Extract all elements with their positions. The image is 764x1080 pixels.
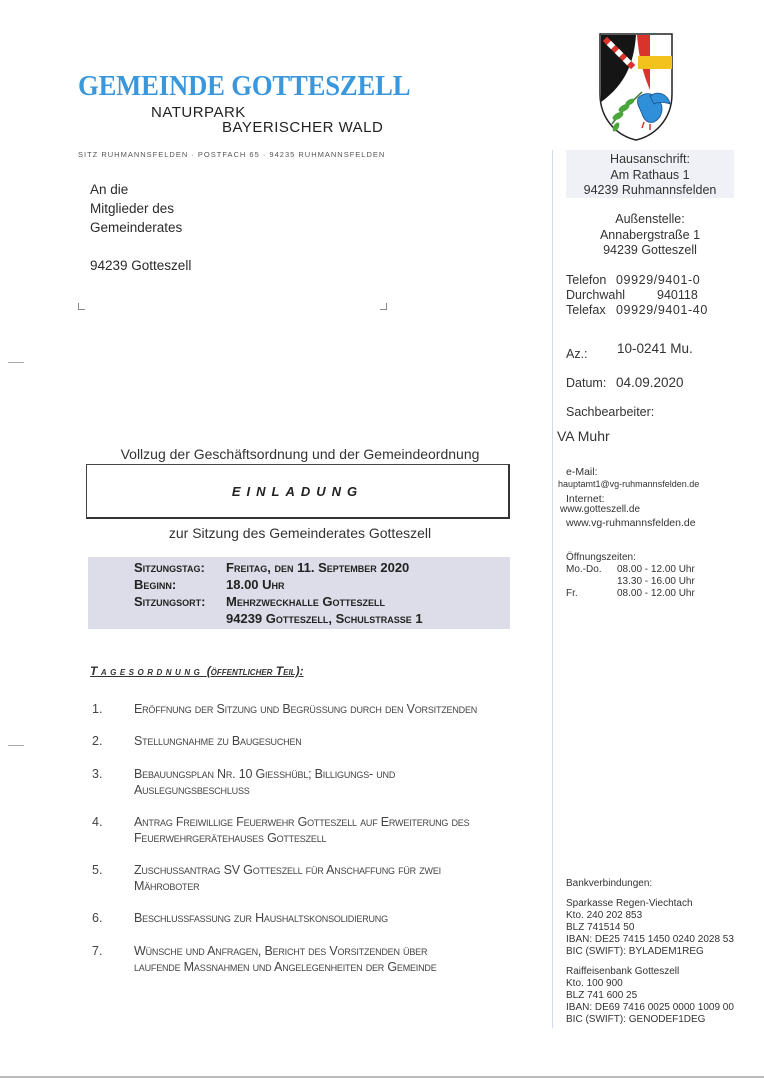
agenda-item-text: Zuschussantrag SV Gotteszell für Anschaf… [134, 862, 524, 878]
email-link[interactable]: hauptamt1@vg-ruhmannsfelden.de [558, 478, 699, 490]
window-corner-mark [78, 303, 85, 310]
date-value: 04.09.2020 [616, 375, 684, 390]
sender-address-line: SITZ RUHMANNSFELDEN · POSTFACH 65 · 9423… [78, 150, 385, 159]
recipient-line: Mitglieder des [90, 199, 191, 218]
bank-block: Raiffeisenbank Gotteszell Kto. 100 900 B… [566, 966, 734, 1026]
document-title: EINLADUNG [232, 484, 363, 499]
bank-name: Sparkasse Regen-Viechtach [566, 898, 734, 910]
agenda-item-text-cont: Auslegungsbeschluss [134, 782, 524, 798]
direct-dial-value: 940118 [657, 288, 698, 303]
bank-name: Raiffeisenbank Gotteszell [566, 966, 734, 978]
meeting-day-label: Sitzungstag: [134, 560, 226, 575]
clerk-value: VA Muhr [557, 428, 610, 444]
agenda-item-text: Bebauungsplan Nr. 10 Gießhübl; Billigung… [134, 766, 524, 782]
meeting-details: Sitzungstag:Freitag, den 11. September 2… [88, 557, 510, 629]
agenda-item-number: 6. [92, 910, 102, 926]
agenda-item-number: 4. [92, 814, 102, 830]
direct-dial-label: Durchwahl [566, 288, 657, 303]
address-label: Hausanschrift: [566, 152, 734, 168]
contact-numbers: Telefon09929/9401-0 Durchwahl940118 Tele… [566, 273, 708, 318]
org-name: GEMEINDE GOTTESZELL [78, 70, 410, 103]
bank-code: BLZ 741 600 25 [566, 990, 734, 1002]
document-subtitle: zur Sitzung des Gemeinderates Gotteszell [90, 525, 510, 541]
bank-iban: IBAN: DE69 7416 0025 0000 1009 00 [566, 1002, 734, 1014]
website-link-vg[interactable]: www.vg-ruhmannsfelden.de [566, 517, 696, 529]
sidebar-divider [552, 150, 553, 1028]
bank-label: Bankverbindungen: [566, 878, 652, 890]
recipient-address: An die Mitglieder des Gemeinderates 9423… [90, 180, 191, 275]
agenda-title-main: Tagesordnung [90, 664, 203, 678]
branch-city: 94239 Gotteszell [566, 243, 734, 259]
branch-address: Außenstelle: Annabergstraße 1 94239 Gott… [566, 212, 734, 259]
recipient-line: Gemeinderates [90, 218, 191, 237]
phone-label: Telefon [566, 273, 616, 288]
hours-time: 13.30 - 16.00 Uhr [617, 576, 695, 588]
agenda-title-suffix: (öffentlicher Teil): [207, 664, 304, 678]
org-subtitle-region: BAYERISCHER WALD [222, 119, 383, 136]
meeting-place-address: 94239 Gotteszell, Schulstraße 1 [226, 611, 423, 626]
agenda-item-text: Stellungnahme zu Baugesuchen [134, 734, 302, 748]
recipient-city: 94239 Gotteszell [90, 256, 191, 275]
agenda-item-text: Antrag Freiwillige Feuerwehr Gotteszell … [134, 814, 524, 830]
agenda-title: Tagesordnung (öffentlicher Teil): [90, 664, 304, 678]
address-street: Am Rathaus 1 [566, 168, 734, 184]
agenda-item-number: 5. [92, 862, 102, 878]
meeting-place-value: Mehrzweckhalle Gotteszell [226, 594, 385, 609]
agenda-item-text: Beschlussfassung zur Haushaltskonsolidie… [134, 911, 388, 925]
document-preface: Vollzug der Geschäftsordnung und der Gem… [90, 446, 510, 462]
agenda-item-text-cont: Mähroboter [134, 878, 524, 894]
page-bottom-edge [0, 1076, 764, 1078]
clerk-label: Sachbearbeiter: [566, 405, 654, 419]
fold-mark [8, 745, 24, 746]
date-label: Datum: [566, 376, 606, 390]
branch-label: Außenstelle: [566, 212, 734, 228]
fax-label: Telefax [566, 303, 616, 318]
agenda-item-text: Wünsche und Anfragen, Bericht des Vorsit… [134, 943, 524, 959]
fold-mark [8, 362, 24, 363]
window-corner-mark [380, 303, 387, 310]
bank-account: Kto. 100 900 [566, 978, 734, 990]
meeting-day-value: Freitag, den 11. September 2020 [226, 560, 409, 575]
hours-day: Fr. [566, 588, 617, 600]
fax-value: 09929/9401-40 [616, 303, 708, 318]
meeting-place-label: Sitzungsort: [134, 594, 226, 609]
branch-street: Annabergstraße 1 [566, 228, 734, 244]
hours-day [566, 576, 617, 588]
coat-of-arms-icon [598, 32, 674, 142]
bank-code: BLZ 741514 50 [566, 922, 734, 934]
agenda-item-number: 3. [92, 766, 102, 782]
agenda-item-number: 2. [92, 733, 102, 749]
bank-bic: BIC (SWIFT): GENODEF1DEG [566, 1014, 734, 1026]
meeting-start-value: 18.00 Uhr [226, 577, 285, 592]
bank-account: Kto. 240 202 853 [566, 910, 734, 922]
agenda-item-number: 1. [92, 701, 102, 717]
address-city: 94239 Ruhmannsfelden [566, 183, 734, 199]
bank-bic: BIC (SWIFT): BYLADEM1REG [566, 946, 734, 958]
agenda-item-text-cont: laufende Maßnahmen und Angelegenheiten d… [134, 959, 524, 975]
bank-block: Sparkasse Regen-Viechtach Kto. 240 202 8… [566, 898, 734, 958]
title-box: EINLADUNG [86, 464, 510, 519]
phone-value: 09929/9401-0 [616, 273, 700, 288]
agenda-item-number: 7. [92, 943, 102, 959]
agenda-item-text: Eröffnung der Sitzung und Begrüßung durc… [134, 702, 477, 716]
opening-hours: Öffnungszeiten: Mo.-Do.08.00 - 12.00 Uhr… [566, 552, 695, 600]
hours-time: 08.00 - 12.00 Uhr [617, 564, 695, 576]
main-address: Hausanschrift: Am Rathaus 1 94239 Ruhman… [566, 152, 734, 199]
meeting-start-label: Beginn: [134, 577, 226, 592]
recipient-line: An die [90, 180, 191, 199]
email-label: e-Mail: [566, 466, 598, 478]
hours-day: Mo.-Do. [566, 564, 617, 576]
hours-label: Öffnungszeiten: [566, 552, 695, 564]
website-link-gotteszell[interactable]: www.gotteszell.de [560, 504, 640, 516]
bank-iban: IBAN: DE25 7415 1450 0240 2028 53 [566, 934, 734, 946]
reference-value: 10-0241 Mu. [617, 341, 693, 356]
reference-label: Az.: [566, 347, 588, 361]
agenda-item-text-cont: Feuerwehrgerätehauses Gotteszell [134, 830, 524, 846]
hours-time: 08.00 - 12.00 Uhr [617, 588, 695, 600]
